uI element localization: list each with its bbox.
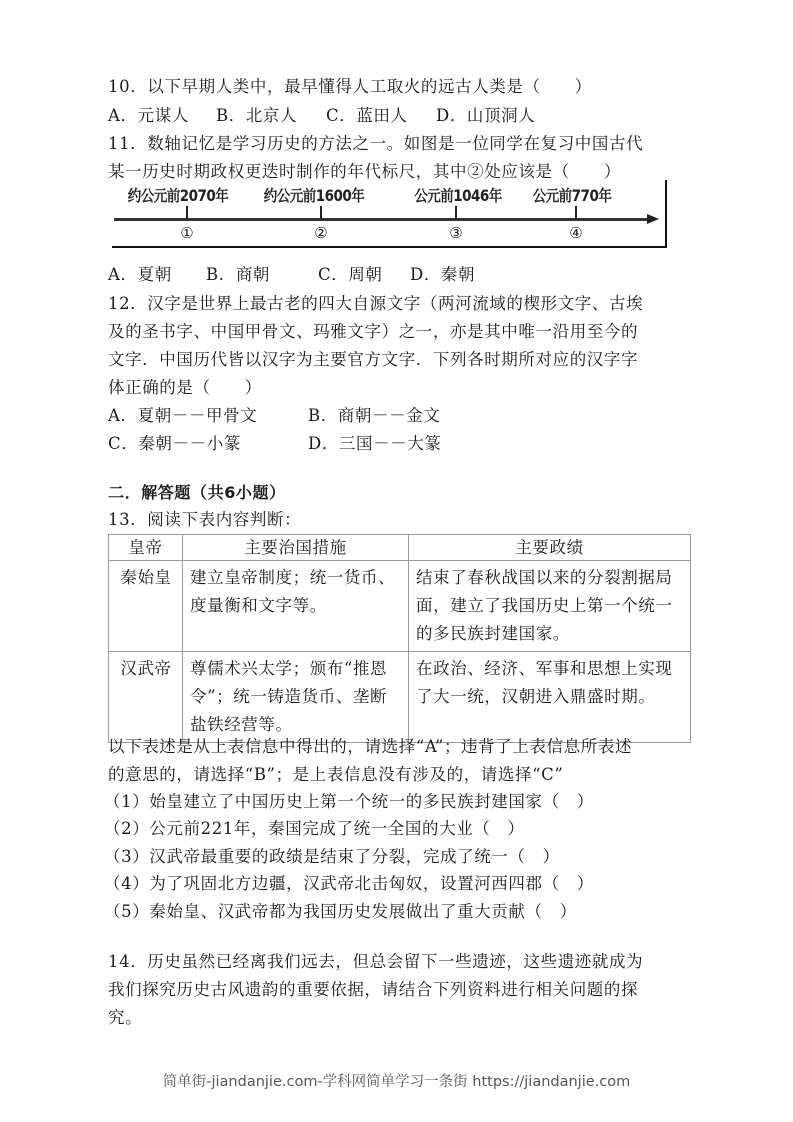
timeline-label-1: 约公元前2070年 [128, 183, 229, 206]
footer-watermark: 简单街-jiandanjie.com-学科网简单学习一条街 https://ji… [0, 1070, 793, 1091]
question-13-instruction-line1: 以下表述是从上表信息中得出的，请选择“A”；违背了上表信息所表述 [108, 737, 632, 757]
question-11-stem-line1: 11．数轴记忆是学习历史的方法之一。如图是一位同学在复习中国古代 [108, 134, 643, 154]
question-12-options-row2: C．秦朝－－小篆D．三国－－大篆 [108, 434, 442, 454]
table-cell-achievements: 在政治、经济、军事和思想上实现了大一统，汉朝进入鼎盛时期。 [409, 652, 691, 743]
option-d: D．三国－－大篆 [308, 434, 442, 454]
emperor-table: 皇帝 主要治国措施 主要政绩 秦始皇 建立皇帝制度；统一货币、度量衡和文字等。 … [108, 534, 691, 743]
option-b: B．商朝 [206, 265, 318, 285]
timeline-mark-1: ① [180, 224, 193, 242]
section-heading: 二．解答题（共6小题） [108, 483, 286, 503]
question-13-stem: 13．阅读下表内容判断： [108, 510, 301, 530]
table-cell-emperor: 秦始皇 [109, 561, 183, 652]
option-d: D．秦朝 [410, 265, 475, 285]
table-header: 皇帝 [109, 535, 183, 561]
figure-border [112, 246, 667, 248]
option-a: A．夏朝 [108, 265, 206, 285]
option-c: C．蓝田人 [326, 106, 436, 126]
question-10-stem: 10．以下早期人类中，最早懂得人工取火的远古人类是（ ） [108, 77, 592, 97]
timeline-mark-2: ② [314, 224, 327, 242]
statement-item-4: （4）为了巩固北方边疆，汉武帝北击匈奴，设置河西四郡（ ） [104, 874, 594, 894]
question-11-stem-line2: 某一历史时期政权更迭时制作的年代标尺，其中②处应该是（ ） [108, 162, 621, 182]
timeline-figure: 约公元前2070年 约公元前1600年 公元前1046年 公元前770年 ① ②… [112, 180, 667, 248]
question-11-options: A．夏朝B．商朝C．周朝D．秦朝 [108, 265, 475, 285]
question-14-stem-line3: 究。 [108, 1008, 142, 1028]
question-14-stem-line2: 我们探究历史古风遗韵的重要依据，请结合下列资料进行相关问题的探 [108, 980, 638, 1000]
timeline-tick [186, 206, 188, 219]
table-row: 汉武帝 尊儒术兴太学；颁布“推恩令”；统一铸造货币、垄断盐铁经营等。 在政治、经… [109, 652, 691, 743]
question-12-stem-line1: 12．汉字是世界上最古老的四大自源文字（两河流域的楔形文字、古埃 [108, 294, 643, 314]
option-c: C．秦朝－－小篆 [108, 434, 308, 454]
option-b: B．商朝－－金文 [308, 406, 440, 426]
arrow-right-icon [647, 214, 659, 224]
table-cell-achievements: 结束了春秋战国以来的分裂割据局面，建立了我国历史上第一个统一的多民族封建国家。 [409, 561, 691, 652]
timeline-tick [575, 206, 577, 219]
question-12-stem-line2: 及的圣书字、中国甲骨文、玛雅文字）之一，亦是其中唯一沿用至今的 [108, 322, 638, 342]
table-cell-emperor: 汉武帝 [109, 652, 183, 743]
timeline-axis [114, 218, 649, 221]
timeline-label-2: 约公元前1600年 [264, 183, 365, 206]
question-12-stem-line3: 文字．中国历代皆以汉字为主要官方文字．下列各时期所对应的汉字字 [108, 350, 638, 370]
timeline-label-4: 公元前770年 [533, 183, 612, 206]
table-row: 秦始皇 建立皇帝制度；统一货币、度量衡和文字等。 结束了春秋战国以来的分裂割据局… [109, 561, 691, 652]
question-10-options: A．元谋人B．北京人C．蓝田人D．山顶洞人 [108, 106, 535, 126]
statement-item-5: （5）秦始皇、汉武帝都为我国历史发展做出了重大贡献（ ） [104, 902, 577, 922]
option-a: A．夏朝－－甲骨文 [108, 406, 308, 426]
option-b: B．北京人 [216, 106, 326, 126]
statement-item-2: （2）公元前221年，秦国完成了统一全国的大业（ ） [104, 819, 525, 839]
option-c: C．周朝 [318, 265, 410, 285]
question-12-stem-line4: 体正确的是（ ） [108, 378, 262, 398]
question-13-instruction-line2: 的意思的，请选择“B”；是上表信息没有涉及的，请选择“C” [108, 765, 563, 785]
table-header: 主要政绩 [409, 535, 691, 561]
timeline-mark-3: ③ [449, 224, 462, 242]
table-cell-measures: 建立皇帝制度；统一货币、度量衡和文字等。 [183, 561, 409, 652]
timeline-tick [455, 206, 457, 219]
question-12-options-row1: A．夏朝－－甲骨文B．商朝－－金文 [108, 406, 440, 426]
timeline-tick [320, 206, 322, 219]
table-cell-measures: 尊儒术兴太学；颁布“推恩令”；统一铸造货币、垄断盐铁经营等。 [183, 652, 409, 743]
timeline-label-3: 公元前1046年 [414, 183, 502, 206]
statement-item-3: （3）汉武帝最重要的政绩是结束了分裂，完成了统一（ ） [104, 847, 560, 867]
table-header-row: 皇帝 主要治国措施 主要政绩 [109, 535, 691, 561]
figure-border [665, 180, 667, 247]
table-header: 主要治国措施 [183, 535, 409, 561]
statement-item-1: （1）始皇建立了中国历史上第一个统一的多民族封建国家（ ） [104, 792, 594, 812]
timeline-mark-4: ④ [569, 224, 582, 242]
option-a: A．元谋人 [108, 106, 216, 126]
option-d: D．山顶洞人 [436, 106, 535, 126]
question-14-stem-line1: 14．历史虽然已经离我们远去，但总会留下一些遗迹，这些遗迹就成为 [108, 952, 643, 972]
